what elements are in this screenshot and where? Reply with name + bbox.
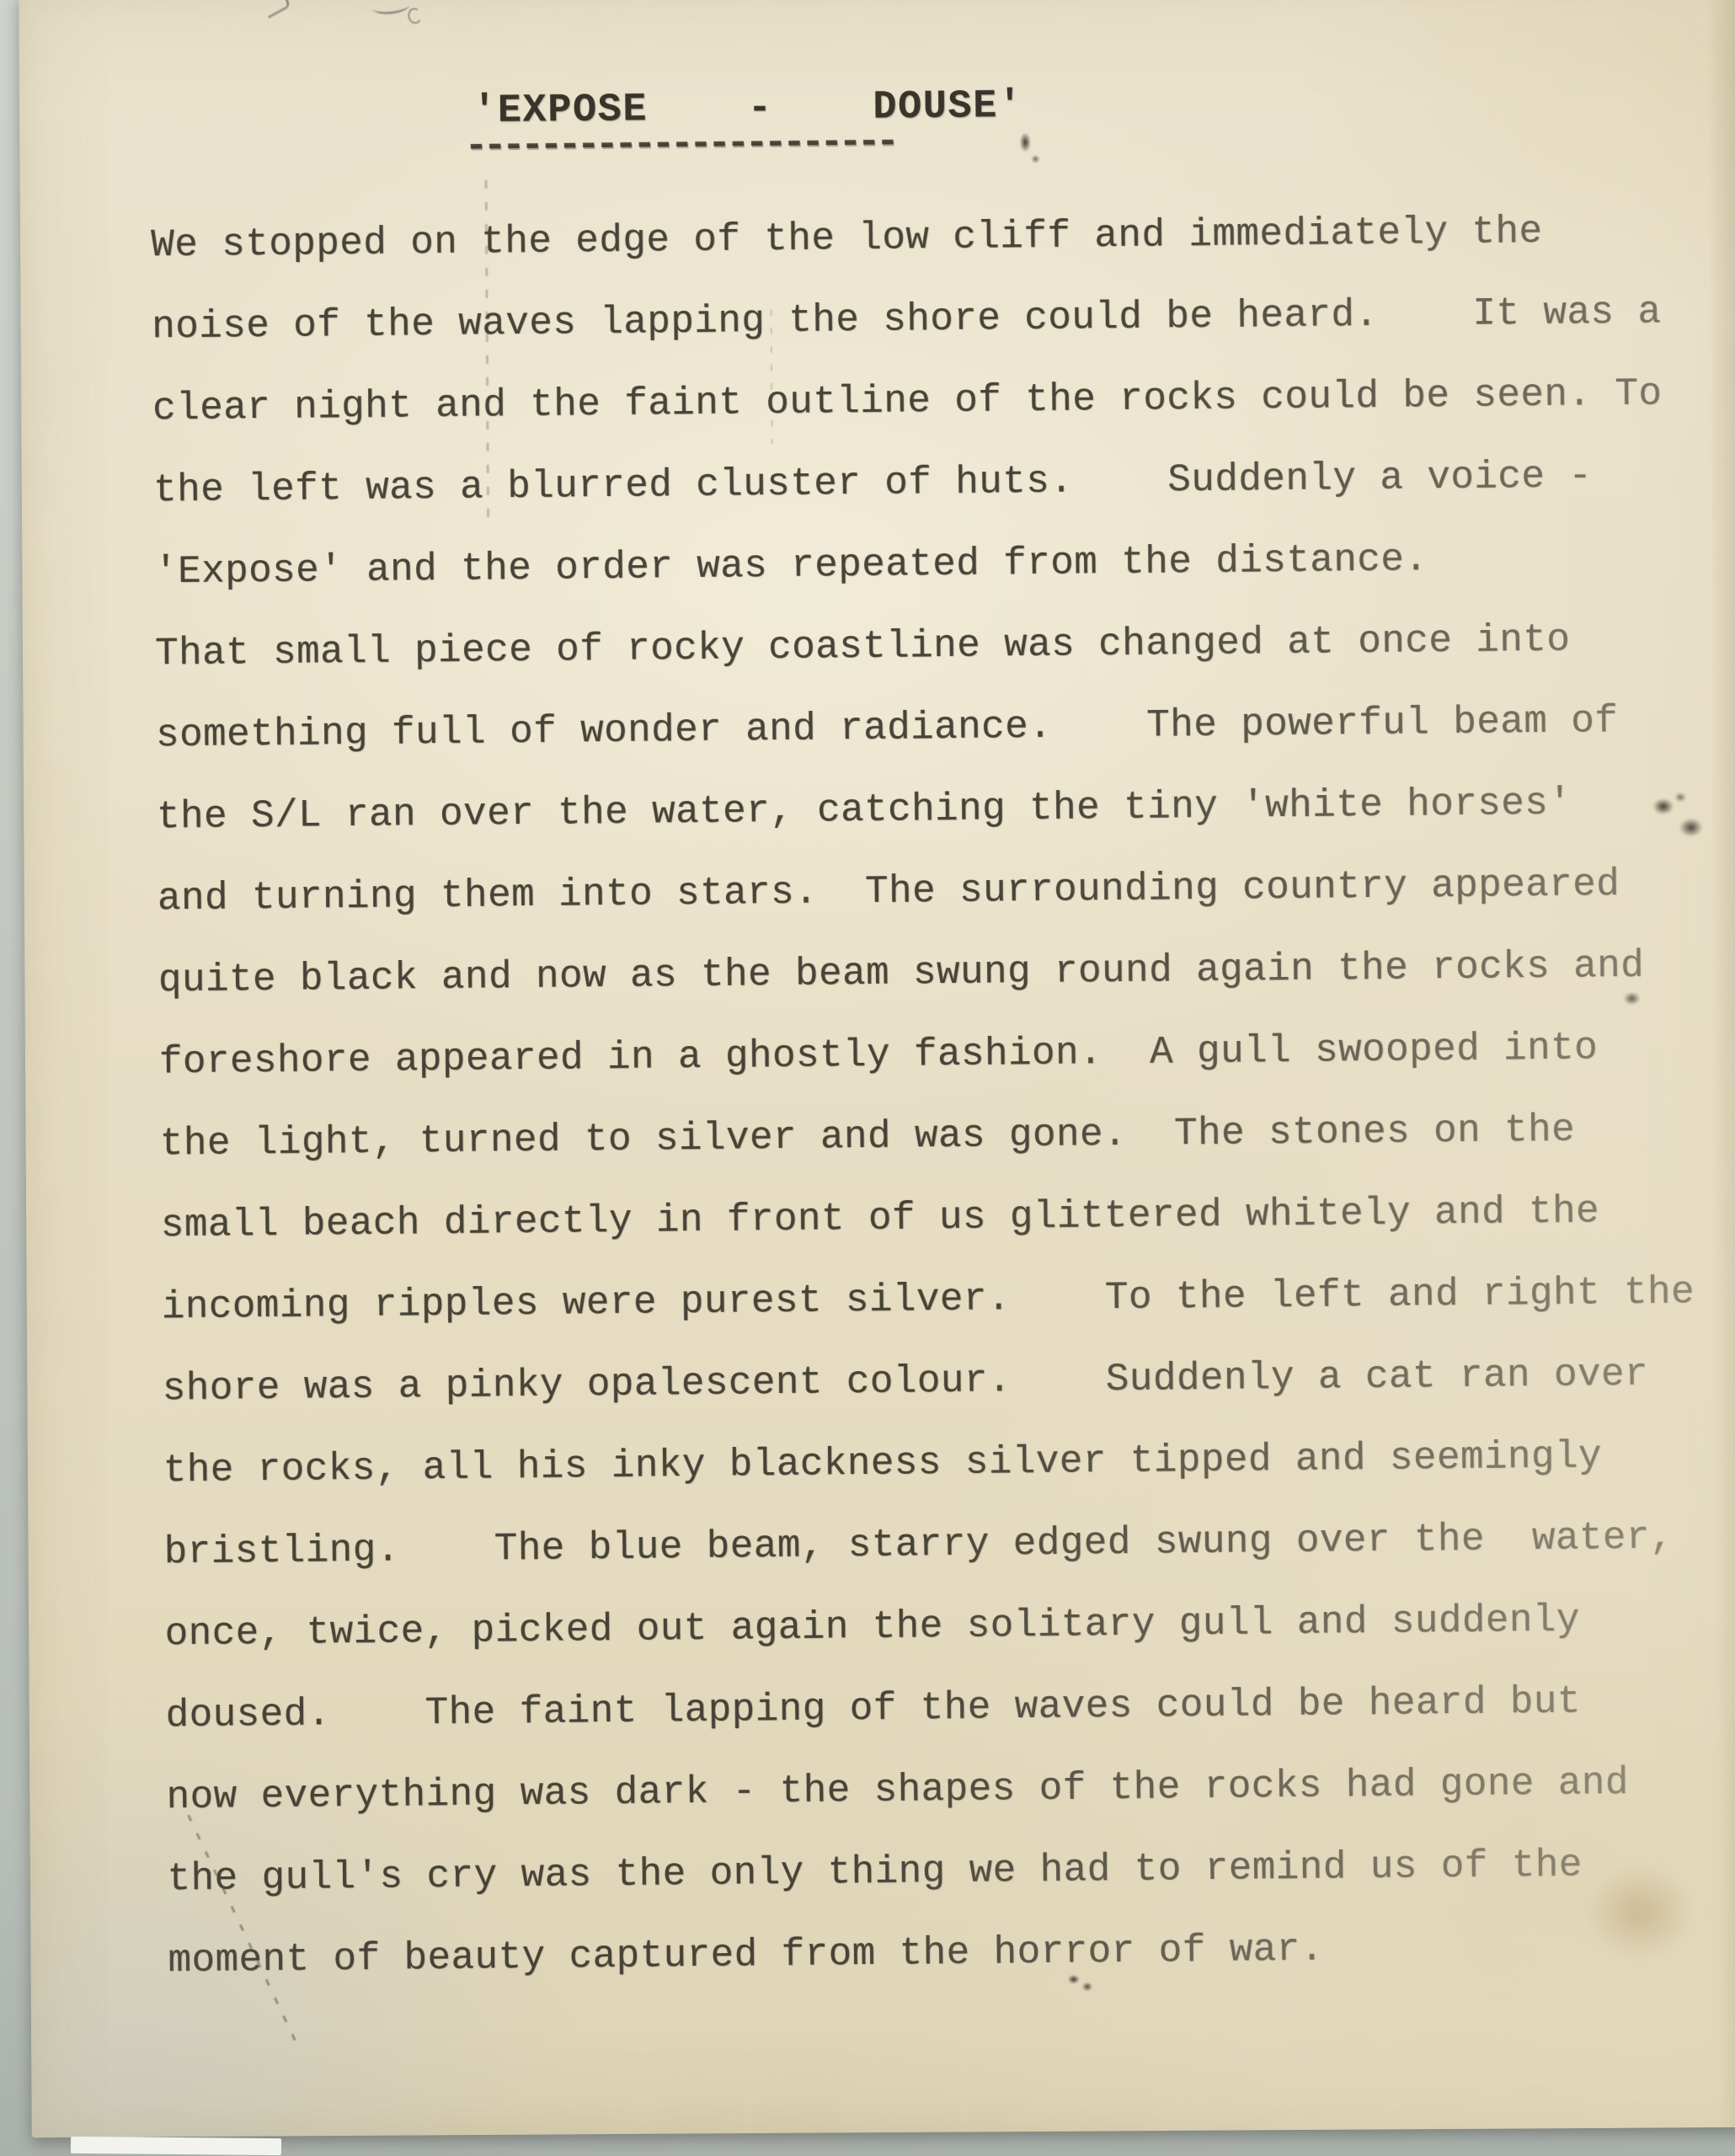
scanner-bed-sliver xyxy=(71,2137,281,2155)
typed-line: foreshore appeared in a ghostly fashion.… xyxy=(158,1006,1692,1103)
typed-line: the left was a blurred cluster of huts. … xyxy=(153,435,1687,531)
typed-line: quite black and now as the beam swung ro… xyxy=(157,925,1691,1022)
typed-line: 'Expose' and the order was repeated from… xyxy=(154,516,1688,613)
typed-line: and turning them into stars. The surroun… xyxy=(157,843,1690,940)
typed-line: once, twice, picked out again the solita… xyxy=(164,1578,1698,1675)
typed-line: bristling. The blue beam, starry edged s… xyxy=(163,1497,1697,1593)
typed-line: clear night and the faint outline of the… xyxy=(152,353,1686,450)
typed-body: We stopped on the edge of the low cliff … xyxy=(151,189,1701,2002)
typed-line: incoming ripples were purest silver. To … xyxy=(161,1251,1695,1348)
typed-line: now everything was dark - the shapes of … xyxy=(166,1742,1700,1838)
pencil-mark xyxy=(407,7,424,25)
typed-line: the rocks, all his inky blackness silver… xyxy=(163,1415,1696,1512)
pencil-mark xyxy=(264,0,291,19)
typed-line: doused. The faint lapping of the waves c… xyxy=(165,1660,1699,1757)
typed-line: the light, turned to silver and was gone… xyxy=(159,1088,1693,1185)
typed-line: small beach directly in front of us glit… xyxy=(160,1170,1694,1267)
ink-smudge xyxy=(1012,125,1045,168)
typed-line: We stopped on the edge of the low cliff … xyxy=(151,189,1684,286)
typed-line: something full of wonder and radiance. T… xyxy=(156,680,1690,776)
document-page: 'EXPOSE - DOUSE' -----------------------… xyxy=(19,0,1735,2137)
title-underline: ----------------------- xyxy=(464,120,894,169)
typed-line: moment of beauty captured from the horro… xyxy=(168,1905,1701,2002)
typed-line: That small piece of rocky coastline was … xyxy=(155,598,1689,695)
typed-line: the gull's cry was the only thing we had… xyxy=(167,1823,1700,1920)
typed-line: shore was a pinky opalescent colour. Sud… xyxy=(162,1333,1695,1430)
typed-line: noise of the waves lapping the shore cou… xyxy=(152,271,1685,368)
pencil-mark xyxy=(372,0,411,16)
typed-line: the S/L ran over the water, catching the… xyxy=(157,761,1690,858)
